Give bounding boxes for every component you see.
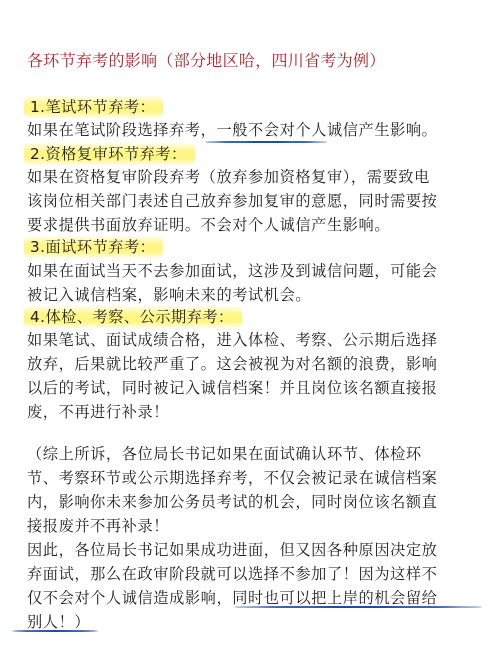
section-heading-interview: 3.面试环节弃考： — [24, 236, 163, 258]
summary-text-line: 接报废并不再补录！ — [27, 515, 169, 537]
document-page: 各环节弃考的影响（部分地区哈，四川省考为例） 1.笔试环节弃考： 如果在笔试阶段… — [0, 0, 500, 653]
section-text-line: 如果在面试当天不去参加面试，这涉及到诚信问题，可能会 — [27, 260, 437, 282]
summary-text-line: 弃面试，那么在政审阶段就可以选择不参加了！因为这样不 — [27, 563, 437, 585]
section-text-line: 该岗位相关部门表述自己放弃参加复审的意愿，同时需要按 — [27, 190, 437, 212]
section-text-line: 以后的考试，同时被记入诚信档案！并且岗位该名额直接报 — [27, 377, 437, 399]
summary-text-line: 内，影响你未来参加公务员考试的机会，同时岗位该名额直 — [27, 491, 437, 513]
summary-text-line: 因此，各位局长书记如果成功进面，但又因各种原因决定放 — [27, 539, 437, 561]
pen-underline-mark — [234, 606, 482, 608]
section-text-line: 如果在资格复审阶段弃考（放弃参加资格复审），需要致电 — [27, 166, 430, 188]
section-heading-written-exam: 1.笔试环节弃考： — [24, 96, 163, 118]
section-heading-medical-inspection-publicity: 4.体检、考察、公示期弃考： — [24, 306, 242, 328]
section-text-line: 如果笔试、面试成绩合格，进入体检、考察、公示期后选择 — [27, 329, 437, 351]
section-text-line: 放弃，后果就比较严重了。这会被视为对名额的浪费，影响 — [27, 353, 437, 375]
section-text-line: 如果在笔试阶段选择弃考，一般不会对个人诚信产生影响。 — [27, 119, 437, 141]
summary-text-line: 节、考察环节或公示期选择弃考，不仅会被记录在诚信档案 — [27, 467, 437, 489]
pen-underline-mark — [205, 141, 327, 143]
page-title: 各环节弃考的影响（部分地区哈，四川省考为例） — [27, 48, 386, 71]
section-text-line: 要求提供书面放弃证明。不会对个人诚信产生影响。 — [27, 214, 390, 236]
pen-underline-mark — [12, 630, 98, 632]
section-text-line: 废，不再进行补录！ — [27, 401, 169, 423]
section-heading-qualification-review: 2.资格复审环节弃考： — [24, 143, 195, 165]
section-text-line: 被记入诚信档案，影响未来的考试机会。 — [27, 284, 311, 306]
summary-text-line: （综上所诉，各位局长书记如果在面试确认环节、体检环 — [27, 443, 422, 465]
